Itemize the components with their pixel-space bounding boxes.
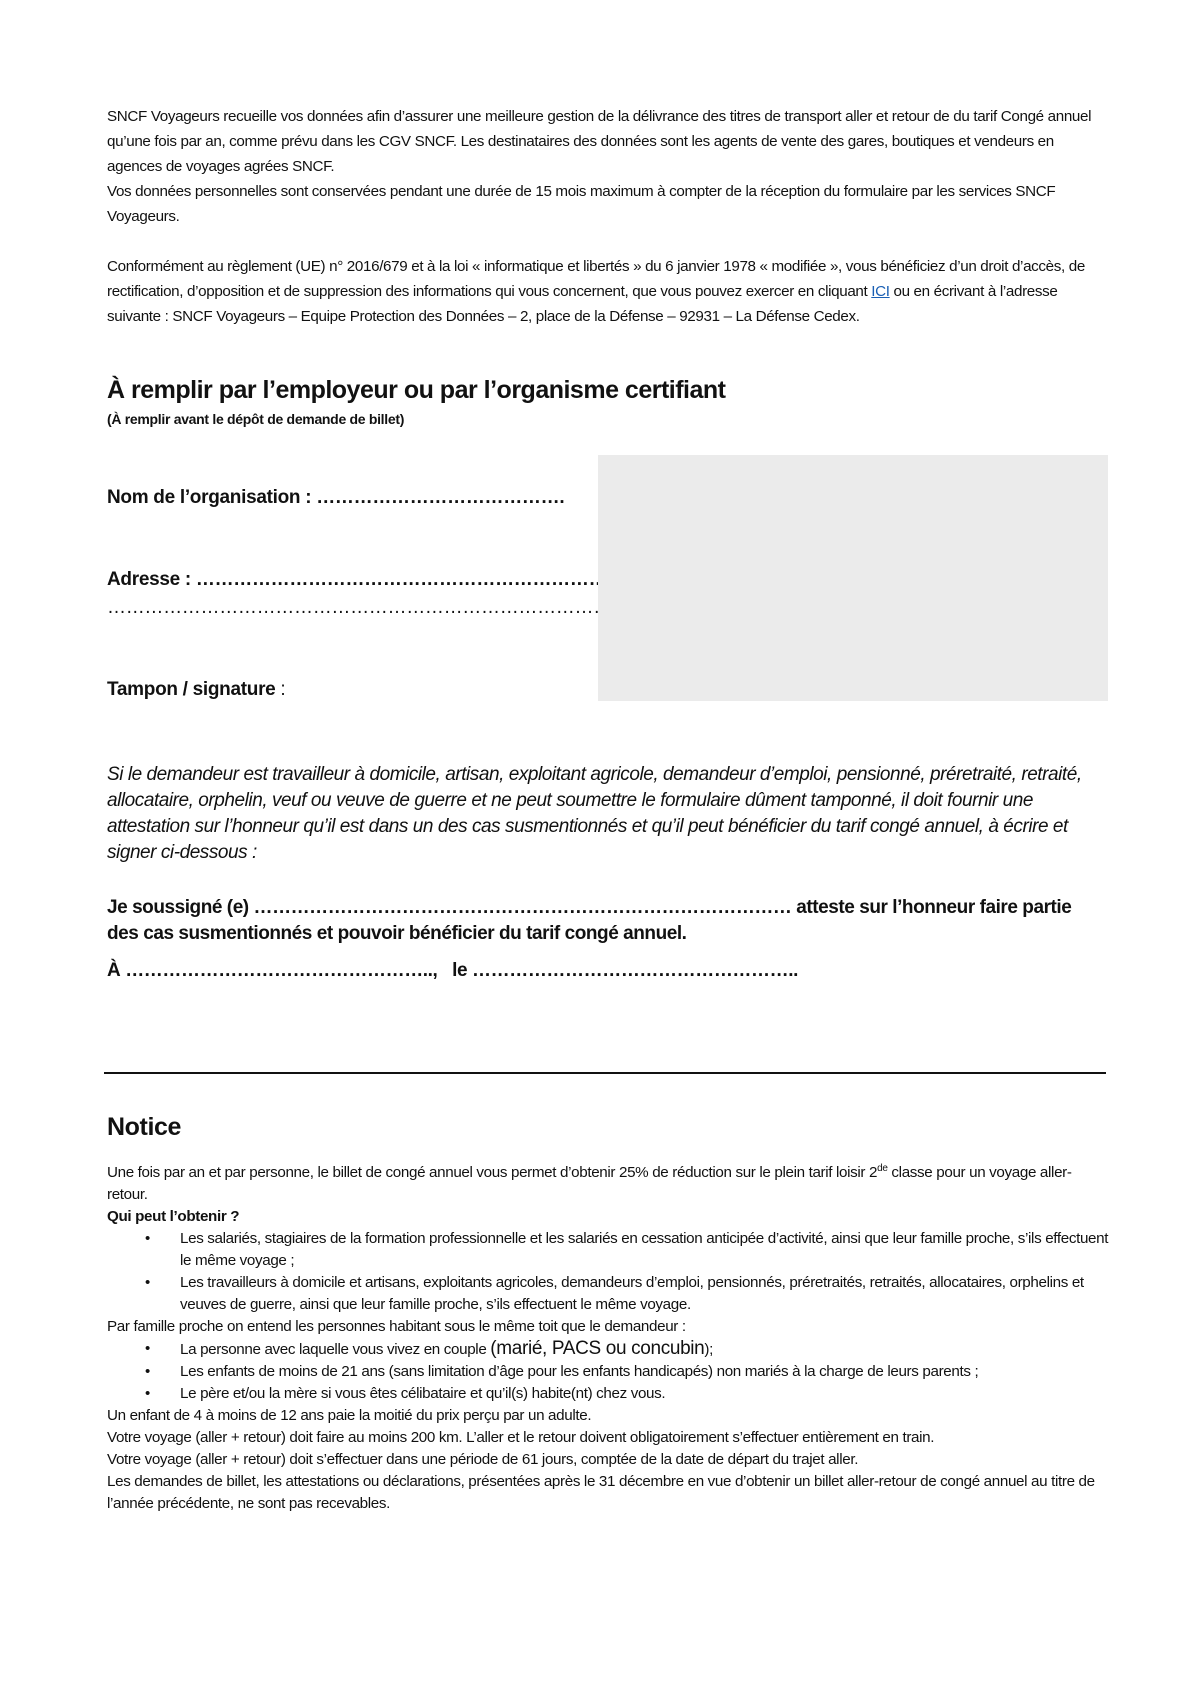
organisation-name-label: Nom de l’organisation :	[107, 487, 316, 508]
rule-child-price: Un enfant de 4 à moins de 12 ans paie la…	[107, 1405, 1112, 1427]
address-field[interactable]: Adresse : ……………………………………………………………………	[107, 569, 682, 591]
list-item: Les enfants de moins de 21 ans (sans lim…	[107, 1361, 1112, 1383]
sworn-statement-prefix: Je soussigné (e)	[107, 897, 254, 918]
privacy-paragraph-2: Conformément au règlement (UE) n° 2016/6…	[107, 254, 1107, 329]
rule-travel-period: Votre voyage (aller + retour) doit s’eff…	[107, 1449, 1112, 1471]
date-blank[interactable]: ……………………………………………..	[472, 960, 798, 981]
section-divider	[104, 1072, 1106, 1074]
list-item: Les salariés, stagiaires de la formation…	[107, 1228, 1112, 1272]
notice-body: Une fois par an et par personne, le bill…	[107, 1162, 1112, 1515]
family-list: La personne avec laquelle vous vivez en …	[107, 1338, 1112, 1405]
rule-minimum-distance: Votre voyage (aller + retour) doit faire…	[107, 1427, 1112, 1449]
sworn-statement: Je soussigné (e) ………………………………………………………………	[107, 895, 1107, 947]
place-blank[interactable]: …………………………………………..,	[125, 960, 437, 981]
list-item: Le père et/ou la mère si vous êtes célib…	[107, 1383, 1112, 1405]
rule-deadline: Les demandes de billet, les attestations…	[107, 1471, 1112, 1515]
self-declaration-instructions: Si le demandeur est travailleur à domici…	[107, 762, 1112, 866]
address-label: Adresse :	[107, 569, 196, 590]
employer-section-title: À remplir par l’employeur ou par l’organ…	[107, 376, 726, 405]
notice-title: Notice	[107, 1113, 181, 1142]
organisation-name-blank[interactable]: ………………………………….	[316, 487, 564, 508]
privacy-paragraph-1: SNCF Voyageurs recueille vos données afi…	[107, 104, 1107, 229]
address-blank-line-2[interactable]: ………………………………………………………………………..	[107, 597, 622, 619]
family-definition: Par famille proche on entend les personn…	[107, 1316, 1112, 1338]
place-label: À	[107, 960, 125, 981]
list-item: La personne avec laquelle vous vivez en …	[107, 1338, 1112, 1361]
document-page: SNCF Voyageurs recueille vos données afi…	[0, 0, 1200, 1697]
place-date-line: À ………………………………………….., le …………………………………………	[107, 960, 798, 982]
stamp-signature-label: Tampon / signature	[107, 679, 275, 700]
notice-intro: Une fois par an et par personne, le bill…	[107, 1162, 1112, 1206]
stamp-signature-field: Tampon / signature :	[107, 679, 285, 701]
stamp-signature-box[interactable]	[598, 455, 1108, 701]
date-label: le	[437, 960, 472, 981]
list-item: Les travailleurs à domicile et artisans,…	[107, 1272, 1112, 1316]
applicant-name-blank[interactable]: ……………………………………………………………………………	[254, 897, 797, 918]
eligibility-list: Les salariés, stagiaires de la formation…	[107, 1228, 1112, 1316]
who-can-get-it-heading: Qui peut l’obtenir ?	[107, 1206, 1112, 1228]
organisation-name-field[interactable]: Nom de l’organisation : ………………………………….	[107, 487, 564, 509]
ici-link[interactable]: ICI	[871, 283, 889, 300]
privacy-retention-text: Vos données personnelles sont conservées…	[107, 179, 1107, 229]
privacy-data-use-text: SNCF Voyageurs recueille vos données afi…	[107, 104, 1107, 179]
employer-section-subtitle: (À remplir avant le dépôt de demande de …	[107, 411, 404, 427]
